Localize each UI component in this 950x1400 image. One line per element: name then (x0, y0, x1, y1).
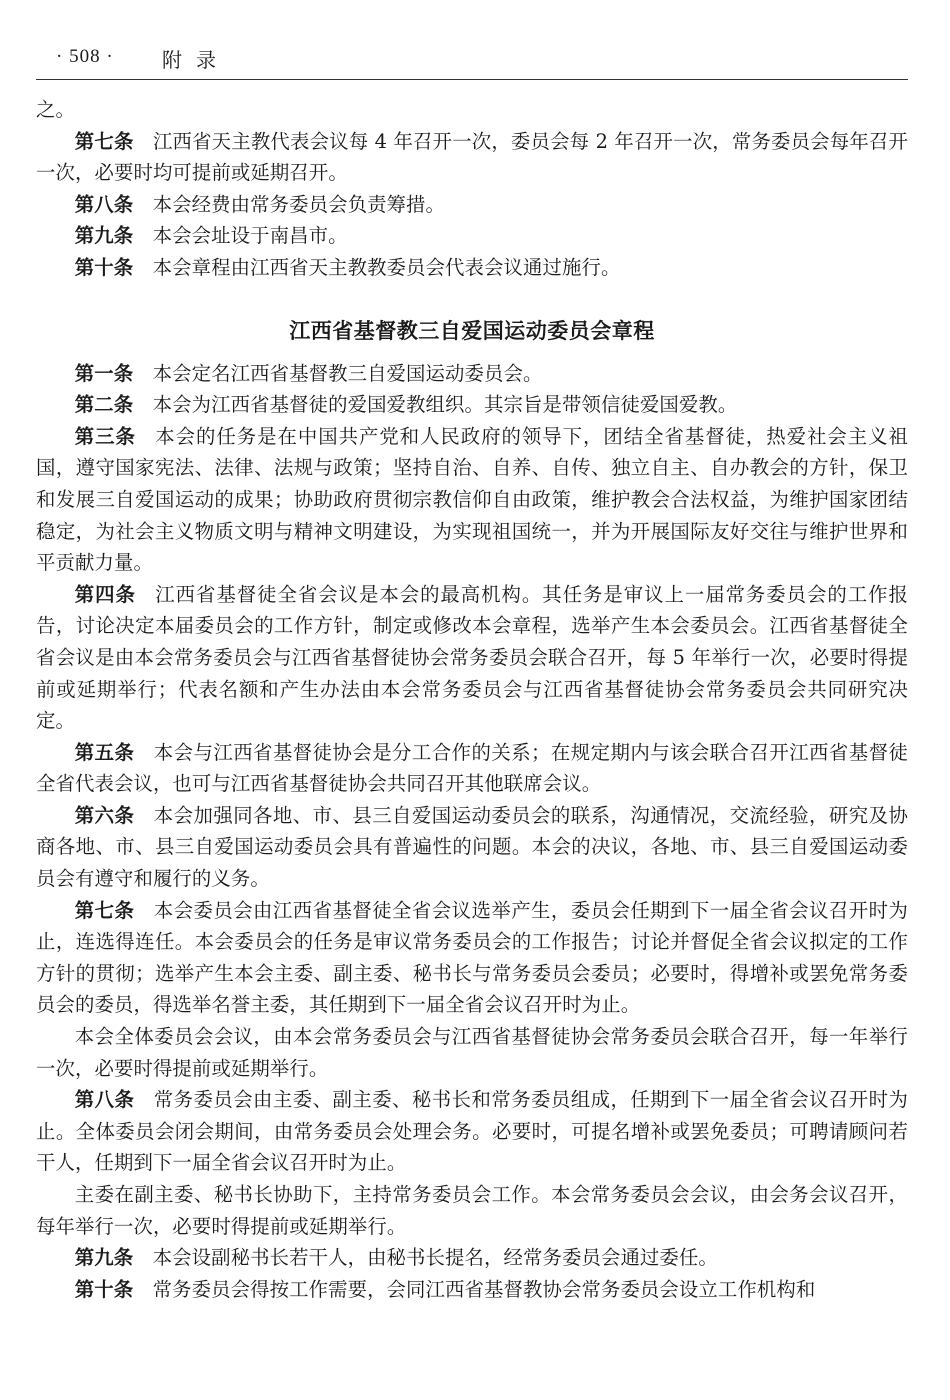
document-title: 江西省基督教三自爱国运动委员会章程 (36, 311, 908, 351)
article-8: 第八条常务委员会由主委、副主委、秘书长和常务委员组成，任期到下一届全省会议召开时… (36, 1084, 908, 1179)
prev-article-10: 第十条本会章程由江西省天主教教委员会代表会议通过施行。 (36, 252, 908, 284)
article-4: 第四条江西省基督徒全省会议是本会的最高机构。其任务是审议上一届常务委员会的工作报… (36, 579, 908, 737)
article-text: 本会经费由常务委员会负责筹措。 (153, 193, 445, 216)
article-text: 本会加强同各地、市、县三自爱国运动委员会的联系，沟通情况，交流经验，研究及协商各… (36, 804, 908, 890)
article-text: 江西省天主教代表会议每 4 年召开一次，委员会每 2 年召开一次，常务委员会每年… (36, 130, 908, 185)
article-label: 第九条 (75, 1246, 133, 1269)
article-label: 第七条 (75, 899, 135, 922)
continuation-text: 之。 (36, 94, 908, 126)
article-text: 本会为江西省基督徒的爱国爱教组织。其宗旨是带领信徒爱国爱教。 (153, 393, 738, 416)
article-text: 本会委员会由江西省基督徒全省会议选举产生，委员会任期到下一届全省会议召开时为止，… (36, 899, 908, 1017)
article-text: 主委在副主委、秘书长协助下，主持常务委员会工作。本会常务委员会会议，由会务会议召… (36, 1183, 908, 1238)
page-body: 之。 第七条江西省天主教代表会议每 4 年召开一次，委员会每 2 年召开一次，常… (36, 94, 908, 1305)
article-label: 第三条 (75, 425, 136, 448)
article-label: 第八条 (75, 193, 133, 216)
article-text: 江西省基督徒全省会议是本会的最高机构。其任务是审议上一届常务委员会的工作报告，讨… (36, 583, 908, 732)
article-text: 本会定名江西省基督教三自爱国运动委员会。 (153, 362, 543, 385)
article-2: 第二条本会为江西省基督徒的爱国爱教组织。其宗旨是带领信徒爱国爱教。 (36, 389, 908, 421)
prev-article-7: 第七条江西省天主教代表会议每 4 年召开一次，委员会每 2 年召开一次，常务委员… (36, 126, 908, 189)
article-9: 第九条本会设副秘书长若干人，由秘书长提名，经常务委员会通过委任。 (36, 1242, 908, 1274)
article-8-continued: 主委在副主委、秘书长协助下，主持常务委员会工作。本会常务委员会会议，由会务会议召… (36, 1179, 908, 1242)
article-text: 本会设副秘书长若干人，由秘书长提名，经常务委员会通过委任。 (153, 1246, 718, 1269)
article-text: 本会章程由江西省天主教教委员会代表会议通过施行。 (153, 256, 621, 279)
prev-article-9: 第九条本会会址设于南昌市。 (36, 220, 908, 252)
prev-article-8: 第八条本会经费由常务委员会负责筹措。 (36, 189, 908, 221)
article-6: 第六条本会加强同各地、市、县三自爱国运动委员会的联系，沟通情况，交流经验，研究及… (36, 800, 908, 895)
running-header: · 508 · 附录 (36, 42, 908, 82)
page-number: · 508 · (56, 46, 114, 68)
article-10: 第十条常务委员会得按工作需要，会同江西省基督教协会常务委员会设立工作机构和 (36, 1274, 908, 1306)
article-text: 本会的任务是在中国共产党和人民政府的领导下，团结全省基督徒，热爱社会主义祖国，遵… (36, 425, 908, 574)
article-label: 第八条 (75, 1088, 135, 1111)
section-name: 附录 (162, 44, 230, 73)
article-label: 第七条 (75, 130, 134, 153)
article-text: 本会与江西省基督徒协会是分工合作的关系；在规定期内与该会联合召开江西省基督徒全省… (36, 741, 908, 796)
article-label: 第二条 (75, 393, 133, 416)
article-1: 第一条本会定名江西省基督教三自爱国运动委员会。 (36, 358, 908, 390)
article-7-continued: 本会全体委员会会议，由本会常务委员会与江西省基督徒协会常务委员会联合召开，每一年… (36, 1021, 908, 1084)
article-3: 第三条本会的任务是在中国共产党和人民政府的领导下，团结全省基督徒，热爱社会主义祖… (36, 421, 908, 579)
article-7: 第七条本会委员会由江西省基督徒全省会议选举产生，委员会任期到下一届全省会议召开时… (36, 895, 908, 1021)
article-label: 第一条 (75, 362, 133, 385)
article-text: 本会会址设于南昌市。 (153, 224, 348, 247)
article-label: 第五条 (75, 741, 135, 764)
article-text: 常务委员会由主委、副主委、秘书长和常务委员组成，任期到下一届全省会议召开时为止。… (36, 1088, 908, 1174)
article-label: 第十条 (75, 256, 133, 279)
article-label: 第九条 (75, 224, 133, 247)
article-label: 第十条 (75, 1278, 133, 1301)
article-label: 第六条 (75, 804, 135, 827)
article-text: 常务委员会得按工作需要，会同江西省基督教协会常务委员会设立工作机构和 (153, 1278, 816, 1301)
header-divider (36, 79, 908, 80)
article-5: 第五条本会与江西省基督徒协会是分工合作的关系；在规定期内与该会联合召开江西省基督… (36, 737, 908, 800)
article-text: 本会全体委员会会议，由本会常务委员会与江西省基督徒协会常务委员会联合召开，每一年… (36, 1025, 908, 1080)
article-label: 第四条 (75, 583, 136, 606)
